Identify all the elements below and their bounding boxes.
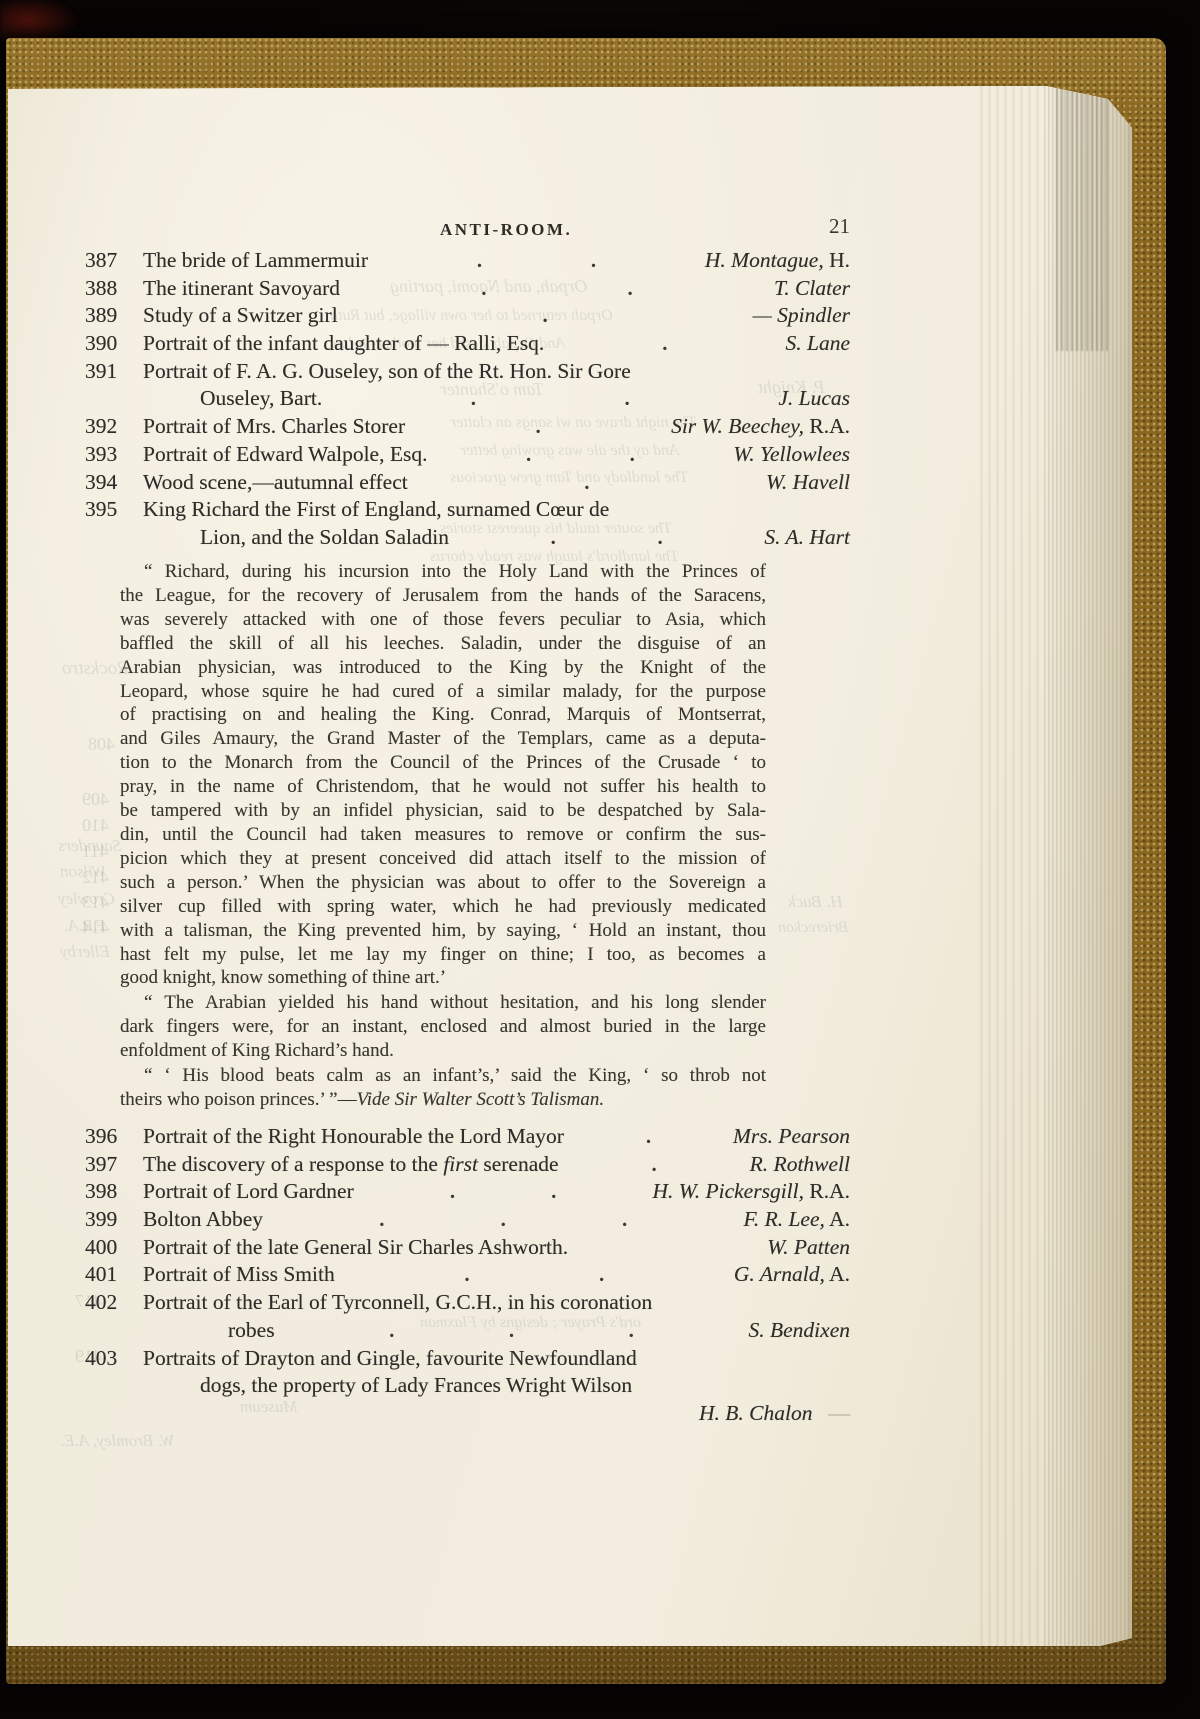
note-line: Arabian physician, was introduced to the… [120,656,766,680]
catalog-entry-line: 403Portraits of Drayton and Gingle, favo… [85,1345,850,1373]
entry-title-segment: dogs, the property of Lady Frances Wrigh… [200,1373,632,1397]
entry-title: Portrait of Lord Gardner [143,1178,354,1206]
bleedthrough-text: 414 [82,917,109,938]
entry-title-segment: Ouseley, Bart. [200,386,322,410]
catalog-entry-line: 400Portrait of the late General Sir Char… [85,1234,850,1262]
entry-title-segment: The bride of Lammermuir [143,248,368,272]
artist-name: W. Patten [767,1234,850,1262]
catalog-entry-line: Ouseley, Bart...J. Lucas [85,385,850,413]
catalog-entry-line: 389Study of a Switzer girl.— Spindler [85,302,850,330]
entry-title-segment: Portrait of the late General Sir Charles… [143,1235,568,1259]
entry-number: 403 [85,1345,143,1373]
artist-name: S. A. Hart [764,524,850,552]
catalog-entry-line: 401Portrait of Miss Smith..G. Arnald, A. [85,1261,850,1289]
artist-name-italic: Mrs. Pearson [733,1124,850,1148]
artist-name-italic: — Spindler [753,303,850,327]
note-line: baffled the skill of all his leeches. Sa… [120,632,766,656]
bleedthrough-text: 410 [82,815,109,836]
bleedthrough-text: 411 [82,841,108,862]
catalog-entry-line: robes...S. Bendixen [85,1317,850,1345]
page-number: 21 [829,214,850,239]
artist-name-italic: R. Rothwell [750,1152,850,1176]
entry-title: Lion, and the Soldan Saladin [200,524,449,552]
note-line-segment: “ Richard, during his incursion into the… [144,561,766,582]
bleedthrough-text: Wilson [60,862,106,882]
artist-name-italic: J. Lucas [778,386,850,410]
entry-title: Portraits of Drayton and Gingle, favouri… [143,1345,637,1373]
note-line: theirs who poison princes.’ ”—Vide Sir W… [120,1088,766,1112]
note-line: such a person.’ When the physician was a… [120,871,766,895]
entry-number: 396 [85,1123,143,1151]
note-line-segment: Leopard, whose squire he had cured of a … [120,681,766,702]
entry-title: robes [228,1317,275,1345]
note-line: dark fingers were, for an instant, enclo… [120,1015,766,1039]
artist-name: H. W. Pickersgill, R.A. [653,1178,850,1206]
note-line: din, until the Council had taken measure… [120,823,766,847]
entry-number: 388 [85,275,143,303]
artist-name: W. Yellowlees [733,441,850,469]
note-line-segment: such a person.’ When the physician was a… [120,872,766,893]
catalog-entry-line: 395King Richard the First of England, su… [85,496,850,524]
entry-title-segment: Bolton Abbey [143,1207,263,1231]
note-line-segment: “ The Arabian yielded his hand without h… [144,992,766,1013]
note-line-segment: was severely attacked with one of those … [120,609,766,630]
artist-name-italic: W. Havell [766,470,850,494]
note-line: was severely attacked with one of those … [120,608,766,632]
artist-name-italic: S. Bendixen [749,1318,851,1342]
entry-title: Portrait of Miss Smith [143,1261,335,1289]
leader-dots: .. [340,276,774,304]
artist-name-italic: W. Patten [767,1235,850,1259]
entry-title-segment: King Richard the First of England, surna… [143,497,609,521]
artist-name: F. R. Lee, A. [743,1206,850,1234]
entry-number: 392 [85,413,143,441]
note-line-segment: enfoldment of King Richard’s hand. [120,1040,394,1061]
artist-name: H. B. Chalon— [699,1400,850,1428]
bleedthrough-text: Rockstro [62,658,129,680]
artist-name-italic: H. B. Chalon [699,1401,812,1425]
catalog-entry-line: 392Portrait of Mrs. Charles Storer.Sir W… [85,413,850,441]
note-line-segment: good knight, know something of thine art… [120,967,446,988]
entry-title: Bolton Abbey [143,1206,263,1234]
artist-name-italic: S. A. Hart [764,525,850,549]
artist-name-suffix: H. [824,248,850,272]
entry-number: 393 [85,441,143,469]
leader-dots: .. [368,248,705,276]
entry-number: 387 [85,247,143,275]
entry-title-segment: The discovery of a response to the [143,1152,443,1176]
bleedthrough-text: H. Buck [788,892,843,912]
note-paragraph: “ The Arabian yielded his hand without h… [120,991,766,1063]
artist-name: Sir W. Beechey, R.A. [671,413,850,441]
note-line-segment: Vide Sir Walter Scott’s Talisman. [357,1089,605,1110]
entry-title: Portrait of the Earl of Tyrconnell, G.C.… [143,1289,652,1317]
note-line: “ Richard, during his incursion into the… [120,560,766,584]
note-line: good knight, know something of thine art… [120,966,766,990]
page-fore-edge-top [1056,86,1108,351]
note-line: enfoldment of King Richard’s hand. [120,1039,766,1063]
note-line-segment: baffled the skill of all his leeches. Sa… [120,633,766,654]
note-line-segment: be tampered with by an infidel physician… [120,800,766,821]
entry-title: The bride of Lammermuir [143,247,368,275]
entry-title: Portrait of F. A. G. Ouseley, son of the… [143,358,631,386]
bleedthrough-text: F.R.A. [64,916,106,936]
catalog-entries-bottom: 396Portrait of the Right Honourable the … [85,1123,850,1428]
catalog-entry-line: 397The discovery of a response to the fi… [85,1151,850,1179]
leader-dots: . [338,303,753,331]
note-paragraph: “ ‘ His blood beats calm as an infant’s,… [120,1064,766,1112]
entry-title-segment: The itinerant Savoyard [143,276,340,300]
leader-dots: . [405,414,671,442]
artist-name-italic: F. R. Lee, [743,1207,824,1231]
book-page: Orpah, and Naomi, partingOrpah returned … [8,86,1132,1646]
catalog-entry-line: 398Portrait of Lord Gardner..H. W. Picke… [85,1178,850,1206]
entry-title-segment: Wood scene,—autumnal effect [143,470,408,494]
note-line-segment: and Giles Amaury, the Grand Master of th… [120,728,766,749]
bleedthrough-text: 409 [82,789,109,810]
leader-dots: . [559,1152,750,1180]
catalog-entries-top: 387The bride of Lammermuir..H. Montague,… [85,247,850,552]
note-line: the League, for the recovery of Jerusale… [120,584,766,608]
page-header: ANTI-ROOM. 21 [85,220,850,250]
entry-title-segment: Portrait of the Earl of Tyrconnell, G.C.… [143,1290,652,1314]
catalog-entry-line: H. B. Chalon— [85,1400,850,1428]
note-line: of practising on and healing the King. C… [120,703,766,727]
note-line-segment: of practising on and healing the King. C… [120,704,766,725]
note-line: “ ‘ His blood beats calm as an infant’s,… [120,1064,766,1088]
entry-number: 400 [85,1234,143,1262]
entry-title: The itinerant Savoyard [143,275,340,303]
entry-number: 399 [85,1206,143,1234]
entry-title-segment: Portraits of Drayton and Gingle, favouri… [143,1346,637,1370]
note-line: with a talisman, the King prevented him,… [120,919,766,943]
entry-title: dogs, the property of Lady Frances Wrigh… [200,1372,632,1400]
artist-name-italic: T. Clater [774,276,850,300]
leader-dots: . [564,1124,733,1152]
entry-number: 389 [85,302,143,330]
catalog-entry-line: Lion, and the Soldan Saladin..S. A. Hart [85,524,850,552]
artist-name-italic: Sir W. Beechey, [671,414,804,438]
note-line-segment: Arabian physician, was introduced to the… [120,657,766,678]
artist-name: T. Clater [774,275,850,303]
catalog-entry-line: 399Bolton Abbey...F. R. Lee, A. [85,1206,850,1234]
bleedthrough-text: 408 [88,734,115,755]
leader-dots: . [544,331,785,359]
entry-title: Wood scene,—autumnal effect [143,469,408,497]
artist-name-italic: H. W. Pickersgill, [653,1179,804,1203]
entry-title-segment: Portrait of the Right Honourable the Lor… [143,1124,564,1148]
note-line: and Giles Amaury, the Grand Master of th… [120,727,766,751]
entry-title: King Richard the First of England, surna… [143,496,609,524]
entry-number: 402 [85,1289,143,1317]
note-line: “ The Arabian yielded his hand without h… [120,991,766,1015]
entry-title: Portrait of Mrs. Charles Storer [143,413,405,441]
note-line: hast felt my pulse, let me lay my finger… [120,943,766,967]
entry-title: The discovery of a response to the first… [143,1151,559,1179]
note-line: Leopard, whose squire he had cured of a … [120,680,766,704]
note-line-segment: tion to the Monarch from the Council of … [120,752,766,773]
entry-title: Portrait of the infant daughter of — Ral… [143,330,544,358]
bleedthrough-text: W. Bromley, A.E. [60,1431,175,1451]
leader-dots: .. [322,386,778,414]
entry-title-segment: Portrait of Edward Walpole, Esq. [143,442,427,466]
entry-number: 395 [85,496,143,524]
catalog-entry-line: 394Wood scene,—autumnal effect.W. Havell [85,469,850,497]
leader-dots: .. [335,1262,734,1290]
artist-name-suffix: R.A. [804,1179,850,1203]
bleedthrough-text: 412 [82,867,109,888]
entry-title-segment: Portrait of F. A. G. Ouseley, son of the… [143,359,631,383]
note-line: silver cup filled with spring water, whi… [120,895,766,919]
note-line-segment: the League, for the recovery of Jerusale… [120,585,766,606]
entry-title-segment: Portrait of Mrs. Charles Storer [143,414,405,438]
artist-name-italic: S. Lane [786,331,851,355]
catalog-entry-line: 393Portrait of Edward Walpole, Esq...W. … [85,441,850,469]
artist-name: Mrs. Pearson [733,1123,850,1151]
artist-name-italic: G. Arnald, [734,1262,825,1286]
leader-dots: .. [354,1179,653,1207]
leader-dots: . [408,470,766,498]
catalog-entry-line: 402Portrait of the Earl of Tyrconnell, G… [85,1289,850,1317]
note-line: tion to the Monarch from the Council of … [120,751,766,775]
bleedthrough-text: Crowley [58,889,115,909]
note-line-segment: silver cup filled with spring water, whi… [120,896,766,917]
artist-name-italic: W. Yellowlees [733,442,850,466]
photo-background: Orpah, and Naomi, partingOrpah returned … [0,0,1200,1719]
artist-name: G. Arnald, A. [734,1261,850,1289]
bleedthrough-text: Saunders [58,836,121,856]
bleedthrough-text: 413 [82,892,109,913]
artist-name-italic: H. Montague, [705,248,824,272]
note-line-segment: theirs who poison princes.’ ”— [120,1089,357,1110]
bleedthrough-text: Briereckon [778,919,848,937]
entry-number: 390 [85,330,143,358]
note-paragraph: “ Richard, during his incursion into the… [120,560,766,990]
entry-title-segment: serenade [478,1152,559,1176]
page-stain-streaks [980,86,1040,1646]
note-line: picion which they at present conceived d… [120,847,766,871]
note-line-segment: dark fingers were, for an instant, enclo… [120,1016,766,1037]
catalog-entry-line: 388The itinerant Savoyard..T. Clater [85,275,850,303]
leader-dots: ... [275,1318,749,1346]
entry-title-segment: Lion, and the Soldan Saladin [200,525,449,549]
artist-name: J. Lucas [778,385,850,413]
entry-title: Study of a Switzer girl [143,302,338,330]
entry-number: 401 [85,1261,143,1289]
note-line-segment: pray, in the name of Christendom, that h… [120,776,766,797]
entry-title: Ouseley, Bart. [200,385,322,413]
entry-title: Portrait of Edward Walpole, Esq. [143,441,427,469]
catalog-entry-line: 396Portrait of the Right Honourable the … [85,1123,850,1151]
note-line-segment: picion which they at present conceived d… [120,848,766,869]
entry-number: 398 [85,1178,143,1206]
running-title: ANTI-ROOM. [440,220,572,240]
artist-name-suffix: A. [825,1207,850,1231]
bleedthrough-text: Ellerby [60,942,110,962]
entry-title-segment: Portrait of Lord Gardner [143,1179,354,1203]
trailing-dash: — [829,1401,851,1425]
artist-name: — Spindler [753,302,850,330]
entry-title-segment: robes [228,1318,275,1342]
entry-number: 391 [85,358,143,386]
note-line: pray, in the name of Christendom, that h… [120,775,766,799]
artist-name: S. Lane [786,330,851,358]
note-line-segment: din, until the Council had taken measure… [120,824,766,845]
note-line-segment: “ ‘ His blood beats calm as an infant’s,… [144,1065,766,1086]
leader-dots: ... [263,1207,743,1235]
entry-number: 394 [85,469,143,497]
catalog-entry-line: 387The bride of Lammermuir..H. Montague,… [85,247,850,275]
catalog-entry-line: 391Portrait of F. A. G. Ouseley, son of … [85,358,850,386]
entry-title-segment: Portrait of Miss Smith [143,1262,335,1286]
catalog-note: “ Richard, during his incursion into the… [120,560,766,1113]
entry-number: 397 [85,1151,143,1179]
note-line-segment: with a talisman, the King prevented him,… [120,920,766,941]
entry-title-segment: first [443,1152,478,1176]
artist-name-suffix: A. [825,1262,850,1286]
catalog-entry-line: dogs, the property of Lady Frances Wrigh… [85,1372,850,1400]
entry-title-segment: Portrait of the infant daughter of — Ral… [143,331,544,355]
artist-name: S. Bendixen [749,1317,851,1345]
catalog-entry-line: 390Portrait of the infant daughter of — … [85,330,850,358]
artist-name: W. Havell [766,469,850,497]
entry-title: Portrait of the late General Sir Charles… [143,1234,568,1262]
entry-title-segment: Study of a Switzer girl [143,303,338,327]
leader-dots: .. [427,442,733,470]
leader-dots: .. [449,525,764,553]
artist-name: R. Rothwell [750,1151,850,1179]
note-line-segment: hast felt my pulse, let me lay my finger… [120,944,766,965]
note-line: be tampered with by an infidel physician… [120,799,766,823]
entry-title: Portrait of the Right Honourable the Lor… [143,1123,564,1151]
artist-name: H. Montague, H. [705,247,850,275]
page-fore-edge [1044,86,1132,1646]
artist-name-suffix: R.A. [804,414,850,438]
